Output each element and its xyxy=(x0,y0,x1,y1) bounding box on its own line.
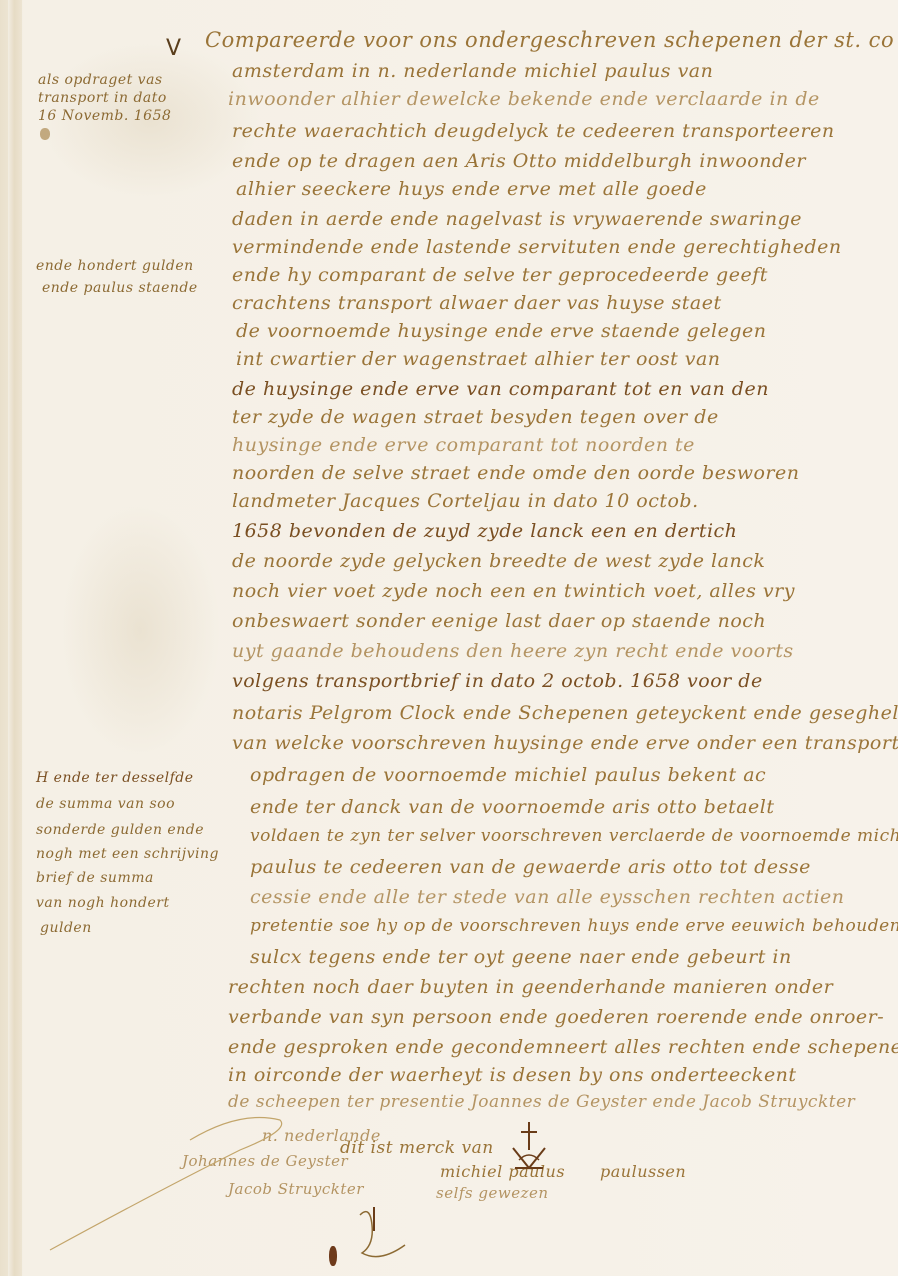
merchants-mark-icon xyxy=(505,1120,553,1182)
text-line-6: alhier seeckere huys ende erve met alle … xyxy=(236,178,707,200)
text-line-31: pretentie soe hy op de voorschreven huys… xyxy=(250,916,898,936)
margin-note-3-line-7: gulden xyxy=(40,920,92,936)
margin-note-3-line-4: nogh met een schrijving xyxy=(36,846,219,862)
margin-note-1-line-1: als opdraget vas xyxy=(38,72,163,88)
witness-note: selfs gewezen xyxy=(436,1184,549,1202)
text-line-33: rechten noch daer buyten in geenderhande… xyxy=(228,976,833,998)
marker-name-2: paulussen xyxy=(600,1162,686,1181)
margin-note-1-line-2: transport in dato xyxy=(38,90,167,106)
text-line-17: landmeter Jacques Corteljau in dato 10 o… xyxy=(232,490,699,512)
text-line-32: sulcx tegens ende ter oyt geene naer end… xyxy=(250,946,792,968)
text-line-24: notaris Pelgrom Clock ende Schepenen get… xyxy=(232,702,898,724)
paraph-flourish-icon xyxy=(350,1205,420,1265)
margin-note-3-line-5: brief de summa xyxy=(36,870,154,886)
text-line-22: uyt gaande behoudens den heere zyn recht… xyxy=(232,640,794,662)
manuscript-page: V als opdraget vas transport in dato 16 … xyxy=(0,0,898,1276)
text-line-23: volgens transportbrief in dato 2 octob. … xyxy=(232,670,763,692)
text-line-29: paulus te cedeeren van de gewaerde aris … xyxy=(250,856,811,878)
check-mark-icon: V xyxy=(166,36,181,61)
text-line-14: ter zyde de wagen straet besyden tegen o… xyxy=(232,406,719,428)
text-line-1: Compareerde voor ons ondergeschreven sch… xyxy=(205,28,894,52)
signature-flourish-icon xyxy=(40,1110,320,1260)
text-line-26: opdragen de voornoemde michiel paulus be… xyxy=(250,764,766,786)
margin-note-1-line-3: 16 Novemb. 1658 xyxy=(38,108,171,124)
text-line-11: de voornoemde huysinge ende erve staende… xyxy=(236,320,767,342)
margin-note-3-line-1: H ende ter desselfde xyxy=(36,770,194,786)
margin-note-2-line-2: ende paulus staende xyxy=(42,280,198,296)
text-line-15: huysinge ende erve comparant tot noorden… xyxy=(232,434,695,456)
margin-note-3-line-6: van nogh hondert xyxy=(36,895,170,911)
text-line-4: rechte waerachtich deugdelyck te cedeere… xyxy=(232,120,835,142)
text-line-20: noch vier voet zyde noch een en twintich… xyxy=(232,580,795,602)
ink-blot xyxy=(329,1246,337,1266)
text-line-5: ende op te dragen aen Aris Otto middelbu… xyxy=(232,150,806,172)
mark-statement: dit ist merck van xyxy=(340,1138,494,1158)
margin-note-2-line-1: ende hondert gulden xyxy=(36,258,194,274)
text-line-9: ende hy comparant de selve ter geprocede… xyxy=(232,264,768,286)
text-line-16: noorden de selve straet ende omde den oo… xyxy=(232,462,799,484)
text-line-10: crachtens transport alwaer daer vas huys… xyxy=(232,292,722,314)
text-line-35: ende gesproken ende gecondemneert alles … xyxy=(228,1036,898,1058)
margin-note-3-line-3: sonderde gulden ende xyxy=(36,822,204,838)
text-line-12: int cwartier der wagenstraet alhier ter … xyxy=(236,348,721,370)
text-line-21: onbeswaert sonder eenige last daer op st… xyxy=(232,610,766,632)
text-line-2: amsterdam in n. nederlande michiel paulu… xyxy=(232,60,713,82)
text-line-3: inwoonder alhier dewelcke bekende ende v… xyxy=(228,88,820,110)
paper-stain xyxy=(60,500,220,760)
text-line-7: daden in aerde ende nagelvast is vrywaer… xyxy=(232,208,802,230)
binding-edge xyxy=(8,0,22,1276)
text-line-13: de huysinge ende erve van comparant tot … xyxy=(232,378,769,400)
text-line-37: de scheepen ter presentie Joannes de Gey… xyxy=(228,1092,855,1112)
text-line-28: voldaen te zyn ter selver voorschreven v… xyxy=(250,826,898,846)
margin-note-3-line-2: de summa van soo xyxy=(36,796,175,812)
text-line-36: in oirconde der waerheyt is desen by ons… xyxy=(228,1064,797,1086)
text-line-25: van welcke voorschreven huysinge ende er… xyxy=(232,732,898,754)
text-line-19: de noorde zyde gelycken breedte de west … xyxy=(232,550,765,572)
text-line-27: ende ter danck van de voornoemde aris ot… xyxy=(250,796,775,818)
text-line-8: vermindende ende lastende servituten end… xyxy=(232,236,842,258)
text-line-34: verbande van syn persoon ende goederen r… xyxy=(228,1006,884,1028)
ink-blot xyxy=(40,128,50,140)
text-line-30: cessie ende alle ter stede van alle eyss… xyxy=(250,886,845,908)
text-line-18: 1658 bevonden de zuyd zyde lanck een en … xyxy=(232,520,737,542)
